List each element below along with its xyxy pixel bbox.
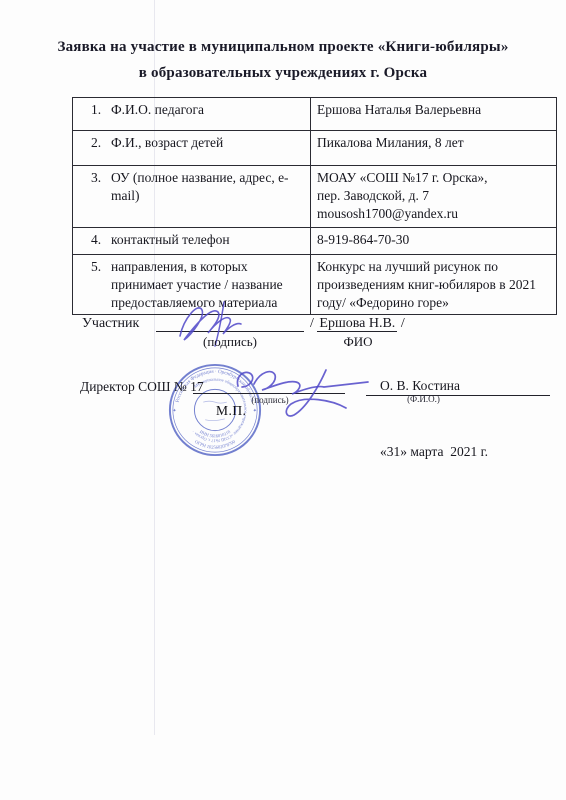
scanned-application-document: Заявка на участие в муниципальном проект… (0, 0, 566, 800)
row-label: ОУ (полное название, адрес, e-mail) (111, 169, 304, 205)
participant-name-group: / Ершова Н.В. / (310, 316, 405, 332)
row-number: 1. (79, 101, 111, 119)
row-value: Пикалова Милания, 8 лет (311, 131, 557, 166)
stamp-placeholder-mp: М.П. (216, 403, 247, 419)
row-number: 4. (79, 231, 111, 249)
row-value: 8-919-864-70-30 (311, 228, 557, 255)
document-title-line1: Заявка на участие в муниципальном проект… (0, 34, 566, 60)
row-value: Конкурс на лучший рисунок по произведени… (311, 255, 557, 315)
row-label: контактный телефон (111, 231, 304, 249)
participant-name: Ершова Н.В. (317, 316, 397, 332)
document-title-line2: в образовательных учреждениях г. Орска (0, 60, 566, 86)
row-value: МОАУ «СОШ №17 г. Орска», пер. Заводской,… (311, 166, 557, 228)
table-row: 1.Ф.И.О. педагога Ершова Наталья Валерье… (73, 98, 557, 131)
table-row: 2.Ф.И., возраст детей Пикалова Милания, … (73, 131, 557, 166)
table-row: 3.ОУ (полное название, адрес, e-mail) МО… (73, 166, 557, 228)
document-date: «31» марта 2021 г. (380, 444, 488, 460)
name-slash-suffix: / (401, 316, 405, 331)
stamp-separator-left: ✦ (172, 408, 176, 414)
row-number: 5. (79, 258, 111, 311)
participant-signature-caption: (подпись) (156, 334, 304, 350)
row-label: Ф.И.О. педагога (111, 101, 304, 119)
table-row: 5.направления, в которых принимает участ… (73, 255, 557, 315)
row-number: 2. (79, 134, 111, 152)
participant-label: Участник (82, 316, 139, 332)
application-table: 1.Ф.И.О. педагога Ершова Наталья Валерье… (72, 97, 557, 315)
name-slash-prefix: / (310, 316, 314, 331)
row-label: Ф.И., возраст детей (111, 134, 304, 152)
table-row: 4.контактный телефон 8-919-864-70-30 (73, 228, 557, 255)
director-signature-ink (228, 360, 378, 420)
row-value: Ершова Наталья Валерьевна (311, 98, 557, 131)
document-title: Заявка на участие в муниципальном проект… (0, 34, 566, 86)
row-number: 3. (79, 169, 111, 205)
participant-name-caption: ФИО (318, 334, 398, 350)
director-label: Директор СОШ № 17 (80, 379, 204, 395)
director-name-caption: (Ф.И.О.) (366, 394, 481, 404)
